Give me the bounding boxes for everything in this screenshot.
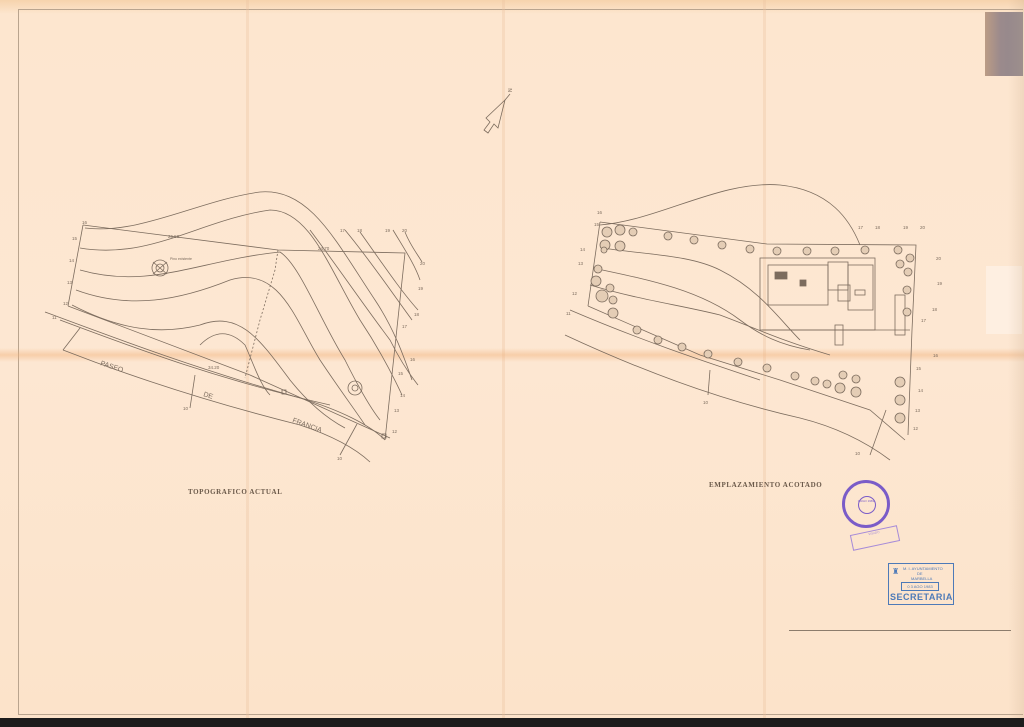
svg-text:FRANCIA: FRANCIA xyxy=(291,417,323,434)
svg-text:18: 18 xyxy=(414,312,420,317)
svg-text:18: 18 xyxy=(875,225,881,230)
svg-text:13: 13 xyxy=(578,261,584,266)
svg-text:13: 13 xyxy=(915,408,921,413)
svg-text:18: 18 xyxy=(357,228,363,233)
svg-text:19: 19 xyxy=(418,286,424,291)
svg-text:13: 13 xyxy=(67,280,73,285)
svg-text:10: 10 xyxy=(337,456,343,461)
right-site-plan xyxy=(565,185,916,460)
secretaria-stamp: ♜ M. I. AYUNTAMIENTO DE MARBELLA 0 3 AGO… xyxy=(888,563,954,605)
svg-text:11: 11 xyxy=(52,315,57,320)
svg-text:12: 12 xyxy=(913,426,919,431)
blueprint-sheet: 16 15 14 13 12 11 10 10 17 18 19 20 20 1… xyxy=(0,0,1024,718)
svg-text:14: 14 xyxy=(400,393,406,398)
svg-text:20: 20 xyxy=(402,228,408,233)
svg-text:34.20: 34.20 xyxy=(208,365,220,370)
paper-edge xyxy=(1008,0,1024,718)
svg-text:19: 19 xyxy=(903,225,909,230)
svg-text:26.50: 26.50 xyxy=(168,234,180,239)
svg-text:10: 10 xyxy=(703,400,709,405)
svg-text:DE: DE xyxy=(202,391,214,401)
signature-line xyxy=(789,630,1011,631)
round-official-stamp: 3 AGO 1983 xyxy=(842,480,890,528)
svg-text:10: 10 xyxy=(183,406,189,411)
svg-text:16: 16 xyxy=(82,220,88,225)
svg-text:18: 18 xyxy=(932,307,938,312)
svg-text:15: 15 xyxy=(398,371,404,376)
north-arrow xyxy=(484,94,510,133)
svg-text:15: 15 xyxy=(594,222,600,227)
svg-text:19: 19 xyxy=(385,228,391,233)
svg-text:20: 20 xyxy=(920,225,926,230)
site-drawings: 16 15 14 13 12 11 10 10 17 18 19 20 20 1… xyxy=(0,0,1024,718)
svg-text:16: 16 xyxy=(410,357,416,362)
svg-text:14: 14 xyxy=(580,247,586,252)
svg-text:20: 20 xyxy=(420,261,426,266)
svg-text:20: 20 xyxy=(936,256,942,261)
left-topographic-plan xyxy=(45,192,422,462)
svg-text:17: 17 xyxy=(858,225,864,230)
svg-text:Pino existente: Pino existente xyxy=(170,257,192,261)
svg-text:17: 17 xyxy=(340,228,346,233)
svg-text:12: 12 xyxy=(63,301,69,306)
caption-emplazamiento-acotado: EMPLAZAMIENTO ACOTADO xyxy=(709,481,822,489)
svg-text:15: 15 xyxy=(72,236,78,241)
svg-text:17: 17 xyxy=(921,318,927,323)
caption-topografico-actual: TOPOGRAFICO ACTUAL xyxy=(188,488,283,496)
svg-text:15: 15 xyxy=(916,366,922,371)
svg-text:17: 17 xyxy=(402,324,408,329)
svg-text:N: N xyxy=(508,88,514,92)
svg-text:13: 13 xyxy=(394,408,400,413)
svg-text:16: 16 xyxy=(933,353,939,358)
svg-text:PASEO: PASEO xyxy=(99,360,124,374)
svg-text:12: 12 xyxy=(392,429,398,434)
svg-text:10: 10 xyxy=(855,451,861,456)
svg-text:14: 14 xyxy=(918,388,924,393)
svg-text:12: 12 xyxy=(572,291,578,296)
scan-border xyxy=(0,718,1024,727)
svg-text:24.70: 24.70 xyxy=(318,246,330,251)
svg-text:19: 19 xyxy=(937,281,943,286)
crest-icon: ♜ xyxy=(892,567,899,576)
svg-text:11: 11 xyxy=(566,311,571,316)
svg-text:16: 16 xyxy=(597,210,603,215)
svg-text:14: 14 xyxy=(69,258,75,263)
